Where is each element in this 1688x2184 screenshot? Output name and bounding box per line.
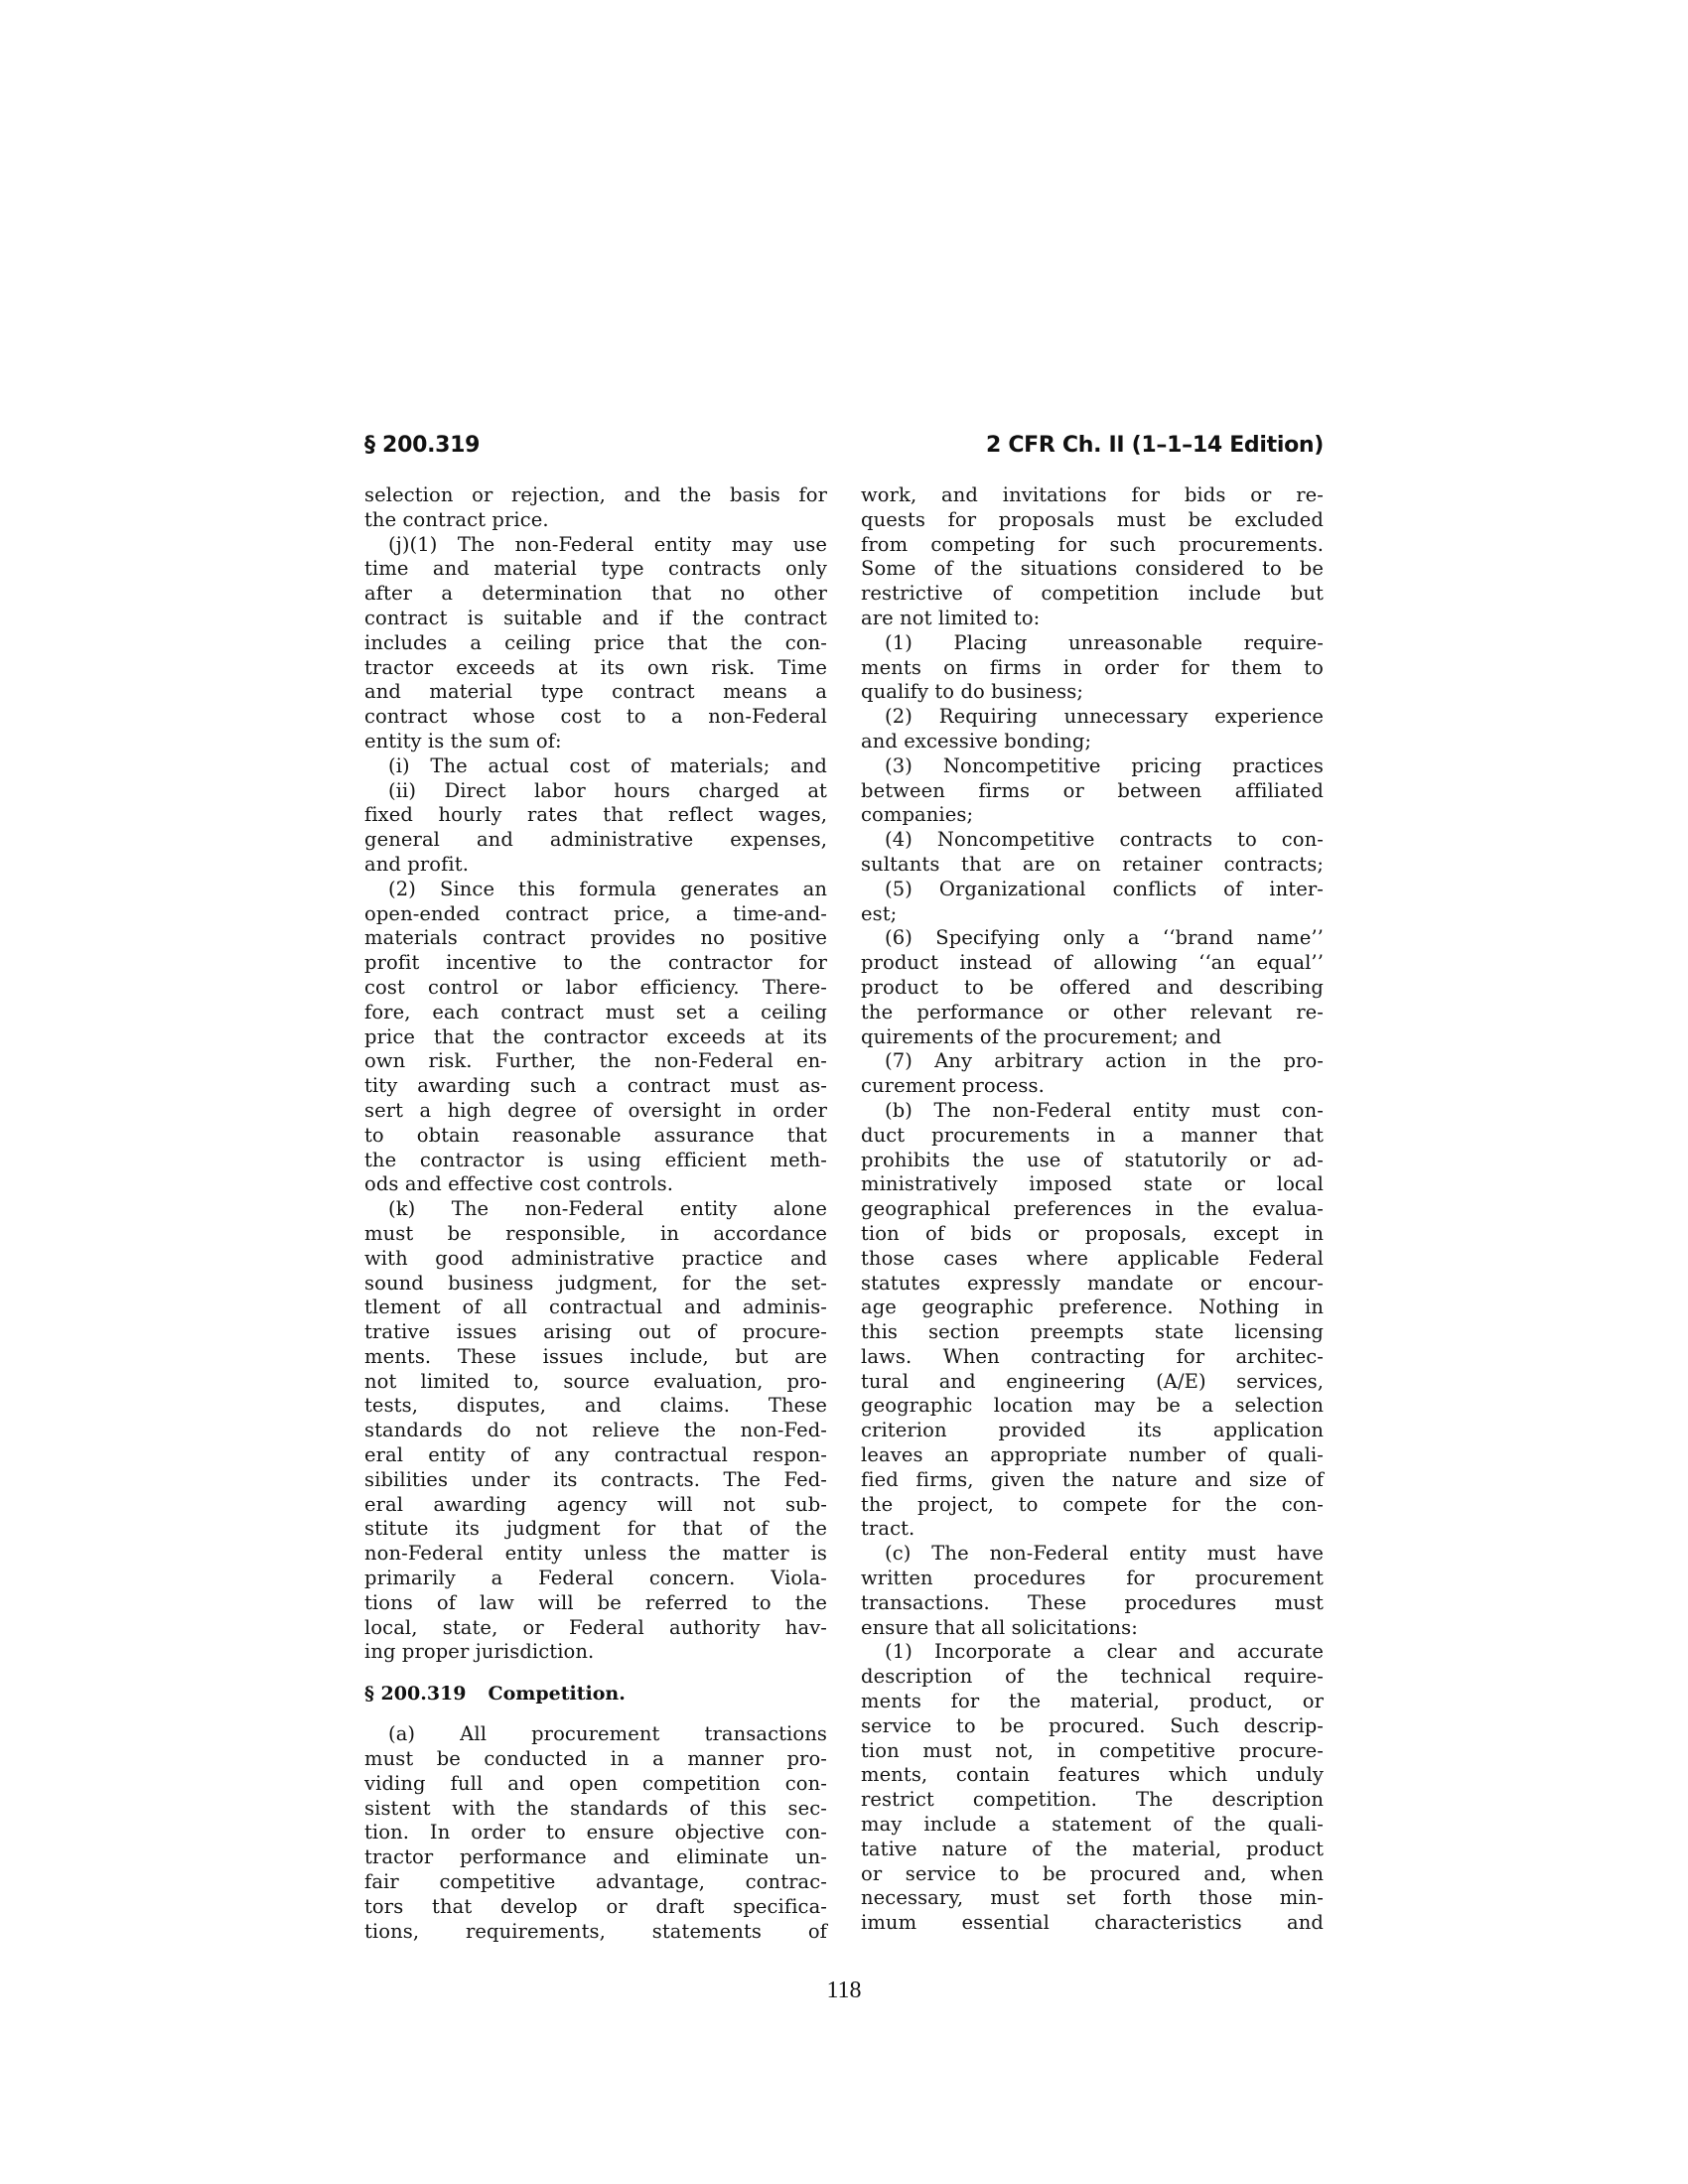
- text-line: ments. These issues include, but are: [364, 1345, 827, 1370]
- text-line: tractor exceeds at its own risk. Time: [364, 656, 827, 681]
- text-line: transactions. These procedures must: [861, 1591, 1324, 1616]
- text-line: to obtain reasonable assurance that: [364, 1124, 827, 1149]
- text-line: sistent with the standards of this sec-: [364, 1797, 827, 1822]
- text-line: (7) Any arbitrary action in the pro-: [861, 1049, 1324, 1074]
- section-heading-title: Competition.: [489, 1683, 626, 1705]
- text-line: statutes expressly mandate or encour-: [861, 1272, 1324, 1297]
- text-line: with good administrative practice and: [364, 1247, 827, 1272]
- text-line: or service to be procured and, when: [861, 1862, 1324, 1887]
- text-line: (i) The actual cost of materials; and: [364, 754, 827, 779]
- header-title-ref: 2 CFR Ch. II (1–1–14 Edition): [986, 433, 1324, 458]
- text-line: contract is suitable and if the contract: [364, 607, 827, 631]
- text-line: tity awarding such a contract must as-: [364, 1074, 827, 1099]
- text-line: and profit.: [364, 853, 827, 878]
- text-line: primarily a Federal concern. Viola-: [364, 1567, 827, 1591]
- text-line: sibilities under its contracts. The Fed-: [364, 1468, 827, 1493]
- text-line: tion must not, in competitive procure-: [861, 1739, 1324, 1764]
- running-head: § 200.319 2 CFR Ch. II (1–1–14 Edition): [364, 433, 1324, 463]
- text-line: product instead of allowing ‘‘an equal’’: [861, 951, 1324, 976]
- text-line: must be responsible, in accordance: [364, 1222, 827, 1247]
- text-line: (ii) Direct labor hours charged at: [364, 779, 827, 804]
- text-line: tract.: [861, 1517, 1324, 1542]
- text-line: tractor performance and eliminate un-: [364, 1845, 827, 1870]
- text-line: tlement of all contractual and adminis-: [364, 1296, 827, 1320]
- text-line: quests for proposals must be excluded: [861, 508, 1324, 533]
- text-line: est;: [861, 902, 1324, 927]
- text-line: leaves an appropriate number of quali-: [861, 1443, 1324, 1468]
- text-line: (c) The non-Federal entity must have: [861, 1542, 1324, 1567]
- text-line: tural and engineering (A/E) services,: [861, 1370, 1324, 1395]
- text-line: (2) Since this formula generates an: [364, 878, 827, 902]
- text-line: laws. When contracting for architec-: [861, 1345, 1324, 1370]
- text-line: sert a high degree of oversight in order: [364, 1099, 827, 1124]
- text-line: age geographic preference. Nothing in: [861, 1296, 1324, 1320]
- text-line: (2) Requiring unnecessary experience: [861, 705, 1324, 730]
- text-line: this section preempts state licensing: [861, 1320, 1324, 1345]
- text-line: written procedures for procurement: [861, 1567, 1324, 1591]
- text-line: between firms or between affiliated: [861, 779, 1324, 804]
- text-line: Some of the situations considered to be: [861, 557, 1324, 582]
- text-line: sultants that are on retainer contracts;: [861, 853, 1324, 878]
- text-line: tests, disputes, and claims. These: [364, 1394, 827, 1419]
- text-line: ods and effective cost controls.: [364, 1172, 827, 1197]
- text-line: (5) Organizational conflicts of inter-: [861, 878, 1324, 902]
- left-column: selection or rejection, and the basis fo…: [364, 483, 827, 1944]
- text-line: product to be offered and describing: [861, 976, 1324, 1001]
- text-line: qualify to do business;: [861, 680, 1324, 705]
- text-line: fied firms, given the nature and size of: [861, 1468, 1324, 1493]
- header-section-ref: § 200.319: [364, 433, 480, 458]
- text-line: the contract price.: [364, 508, 827, 533]
- text-line: ments on firms in order for them to: [861, 656, 1324, 681]
- text-line: prohibits the use of statutorily or ad-: [861, 1149, 1324, 1173]
- text-line: tions of law will be referred to the: [364, 1591, 827, 1616]
- text-line: (1) Placing unreasonable require-: [861, 631, 1324, 656]
- text-line: open-ended contract price, a time-and-: [364, 902, 827, 927]
- text-line: necessary, must set forth those min-: [861, 1886, 1324, 1911]
- text-line: those cases where applicable Federal: [861, 1247, 1324, 1272]
- text-line: (4) Noncompetitive contracts to con-: [861, 828, 1324, 853]
- text-line: own risk. Further, the non-Federal en-: [364, 1049, 827, 1074]
- text-line: geographical preferences in the evalua-: [861, 1197, 1324, 1222]
- text-line: geographic location may be a selection: [861, 1394, 1324, 1419]
- text-line: (1) Incorporate a clear and accurate: [861, 1640, 1324, 1665]
- text-line: not limited to, source evaluation, pro-: [364, 1370, 827, 1395]
- text-line: the project, to compete for the con-: [861, 1493, 1324, 1518]
- text-line: sound business judgment, for the set-: [364, 1272, 827, 1297]
- text-line: and material type contract means a: [364, 680, 827, 705]
- section-heading-number: § 200.319: [364, 1683, 467, 1705]
- text-line: must be conducted in a manner pro-: [364, 1747, 827, 1772]
- text-line: restrictive of competition include but: [861, 582, 1324, 607]
- text-line: curement process.: [861, 1074, 1324, 1099]
- text-line: ments, contain features which unduly: [861, 1763, 1324, 1788]
- text-line: stitute its judgment for that of the: [364, 1517, 827, 1542]
- text-line: tion. In order to ensure objective con-: [364, 1821, 827, 1845]
- text-line: tions, requirements, statements of: [364, 1920, 827, 1945]
- text-line: companies;: [861, 803, 1324, 828]
- text-line: after a determination that no other: [364, 582, 827, 607]
- text-line: tors that develop or draft specifica-: [364, 1895, 827, 1920]
- text-line: ing proper jurisdiction.: [364, 1640, 827, 1665]
- text-line: price that the contractor exceeds at its: [364, 1025, 827, 1050]
- text-line: restrict competition. The description: [861, 1788, 1324, 1813]
- text-line: and excessive bonding;: [861, 730, 1324, 754]
- text-line: tative nature of the material, product: [861, 1838, 1324, 1862]
- text-line: tion of bids or proposals, except in: [861, 1222, 1324, 1247]
- text-line: profit incentive to the contractor for: [364, 951, 827, 976]
- text-line: (j)(1) The non-Federal entity may use: [364, 533, 827, 558]
- text-line: imum essential characteristics and: [861, 1911, 1324, 1936]
- text-line: the contractor is using efficient meth-: [364, 1149, 827, 1173]
- text-line: cost control or labor efficiency. There-: [364, 976, 827, 1001]
- text-line: quirements of the procurement; and: [861, 1025, 1324, 1050]
- text-line: standards do not relieve the non-Fed-: [364, 1419, 827, 1443]
- text-line: duct procurements in a manner that: [861, 1124, 1324, 1149]
- text-line: from competing for such procurements.: [861, 533, 1324, 558]
- text-line: work, and invitations for bids or re-: [861, 483, 1324, 508]
- text-line: (a) All procurement transactions: [364, 1722, 827, 1747]
- text-line: ments for the material, product, or: [861, 1690, 1324, 1714]
- text-line: the performance or other relevant re-: [861, 1001, 1324, 1025]
- text-line: service to be procured. Such descrip-: [861, 1714, 1324, 1739]
- text-line: eral awarding agency will not sub-: [364, 1493, 827, 1518]
- page-number: 118: [0, 1978, 1688, 2004]
- text-line: fixed hourly rates that reflect wages,: [364, 803, 827, 828]
- text-line: entity is the sum of:: [364, 730, 827, 754]
- text-line: includes a ceiling price that the con-: [364, 631, 827, 656]
- section-heading: § 200.319Competition.: [364, 1665, 827, 1722]
- text-line: fore, each contract must set a ceiling: [364, 1001, 827, 1025]
- text-line: time and material type contracts only: [364, 557, 827, 582]
- text-line: non-Federal entity unless the matter is: [364, 1542, 827, 1567]
- text-line: criterion provided its application: [861, 1419, 1324, 1443]
- text-line: materials contract provides no positive: [364, 926, 827, 951]
- text-line: viding full and open competition con-: [364, 1772, 827, 1797]
- document-page: § 200.319 2 CFR Ch. II (1–1–14 Edition) …: [0, 0, 1688, 2184]
- text-line: description of the technical require-: [861, 1665, 1324, 1690]
- text-line: local, state, or Federal authority hav-: [364, 1616, 827, 1641]
- text-line: selection or rejection, and the basis fo…: [364, 483, 827, 508]
- text-line: are not limited to:: [861, 607, 1324, 631]
- text-line: ministratively imposed state or local: [861, 1172, 1324, 1197]
- text-line: may include a statement of the quali-: [861, 1813, 1324, 1838]
- text-line: (k) The non-Federal entity alone: [364, 1197, 827, 1222]
- text-line: (6) Specifying only a ‘‘brand name’’: [861, 926, 1324, 951]
- text-line: fair competitive advantage, contrac-: [364, 1870, 827, 1895]
- text-line: (3) Noncompetitive pricing practices: [861, 754, 1324, 779]
- right-column: work, and invitations for bids or re-que…: [861, 483, 1324, 1936]
- text-line: general and administrative expenses,: [364, 828, 827, 853]
- text-line: ensure that all solicitations:: [861, 1616, 1324, 1641]
- text-line: eral entity of any contractual respon-: [364, 1443, 827, 1468]
- text-line: (b) The non-Federal entity must con-: [861, 1099, 1324, 1124]
- text-line: trative issues arising out of procure-: [364, 1320, 827, 1345]
- text-line: contract whose cost to a non-Federal: [364, 705, 827, 730]
